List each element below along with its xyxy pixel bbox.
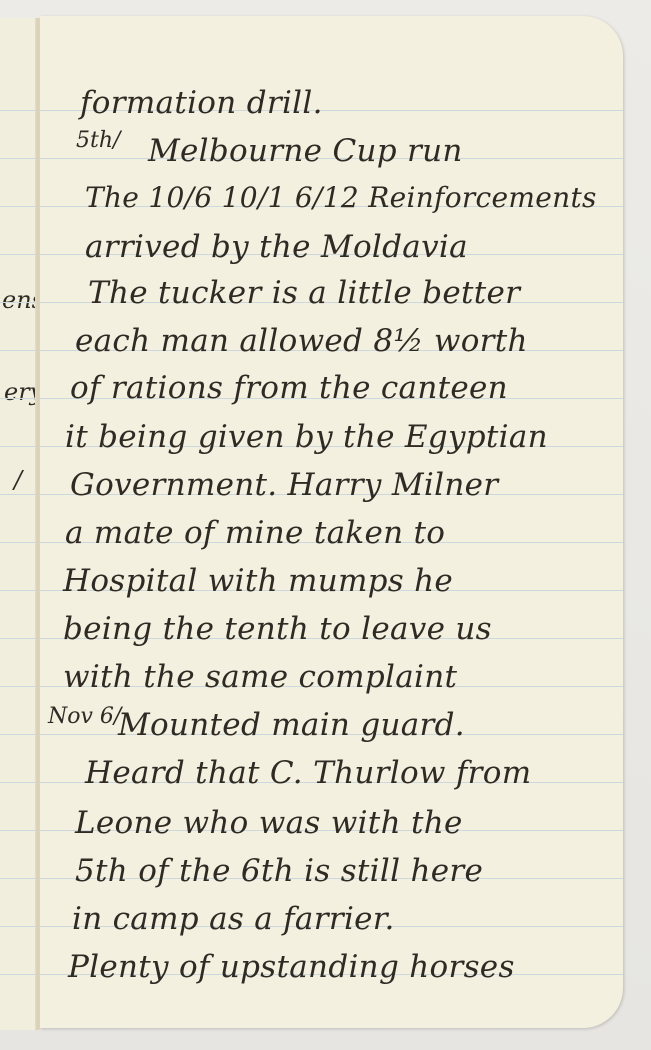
ruled-line — [0, 302, 38, 303]
diary-line-15: Heard that C. Thurlow from — [85, 758, 531, 789]
facing-left-page: ens ery / — [0, 18, 39, 1030]
ruled-line — [0, 254, 38, 255]
diary-line-16: Leone who was with the — [75, 808, 463, 839]
margin-date-5th: 5th/ — [76, 128, 120, 153]
diary-line-8: it being given by the Egyptian — [65, 422, 548, 453]
ruled-line — [0, 446, 38, 447]
diary-line-4: arrived by the Moldavia — [85, 232, 468, 263]
diary-line-14: Mounted main guard. — [118, 710, 465, 741]
ruled-line — [0, 350, 38, 351]
diary-line-18: in camp as a farrier. — [72, 904, 395, 935]
ruled-line — [0, 542, 38, 543]
ruled-line — [0, 158, 38, 159]
left-page-fragment: / — [14, 466, 22, 494]
diary-line-19: Plenty of upstanding horses — [68, 952, 515, 983]
diary-line-17: 5th of the 6th is still here — [75, 856, 483, 887]
left-page-fragment: ery — [4, 378, 39, 406]
ruled-line — [0, 206, 38, 207]
diary-line-6: each man allowed 8½ worth — [75, 326, 528, 357]
ruled-line — [0, 398, 38, 399]
diary-line-1: formation drill. — [80, 88, 323, 119]
margin-date-nov-6: Nov 6/ — [48, 704, 121, 729]
ruled-line — [0, 830, 38, 831]
diary-line-2: Melbourne Cup run — [148, 136, 463, 167]
diary-line-10: a mate of mine taken to — [65, 518, 445, 549]
ruled-line — [0, 734, 38, 735]
ruled-line — [0, 686, 38, 687]
ruled-line — [0, 638, 38, 639]
diary-line-7: of rations from the canteen — [70, 373, 508, 404]
diary-page: 5th/ Nov 6/ formation drill. Melbourne C… — [40, 16, 623, 1028]
ruled-line — [0, 782, 38, 783]
ruled-line — [0, 926, 38, 927]
ruled-line — [0, 110, 38, 111]
ruled-line — [0, 590, 38, 591]
diary-line-3: The 10/6 10/1 6/12 Reinforcements — [85, 184, 597, 212]
diary-line-5: The tucker is a little better — [88, 278, 520, 309]
ruled-line — [0, 878, 38, 879]
ruled-line — [0, 494, 38, 495]
diary-line-13: with the same complaint — [63, 662, 457, 693]
left-page-fragment: ens — [2, 286, 39, 314]
diary-line-9: Government. Harry Milner — [70, 470, 498, 501]
diary-line-11: Hospital with mumps he — [63, 566, 453, 597]
diary-line-12: being the tenth to leave us — [63, 614, 492, 645]
ruled-line — [0, 974, 38, 975]
